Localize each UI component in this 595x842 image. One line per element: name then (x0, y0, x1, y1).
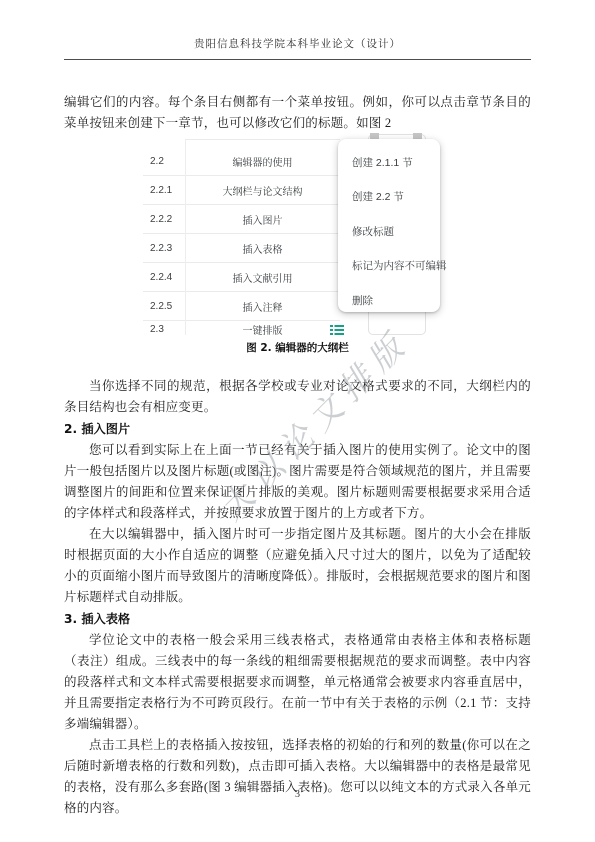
outline-row-number: 2.2 (143, 156, 185, 167)
outline-column-divider (185, 139, 186, 335)
page-header: 贵阳信息科技学院本科毕业论文（设计） (64, 36, 531, 60)
outline-row-number: 2.2.1 (143, 185, 185, 196)
format-list-icon (330, 322, 344, 340)
outline-row: 2.2.1 大纲栏与论文结构 (143, 176, 340, 205)
outline-row: 2.2.2 插入图片 (143, 205, 340, 234)
outline-row-number: 2.2.3 (143, 243, 185, 254)
outline-row-number: 2.2.2 (143, 214, 185, 225)
context-menu-item: 创建 2.1.1 节 (338, 145, 440, 180)
outline-row: 2.2.3 插入表格 (143, 234, 340, 263)
section-heading-insert-image: 2. 插入图片 (64, 419, 531, 440)
figure-outline-screenshot: 2.2 编辑器的使用 2.2.1 大纲栏与论文结构 2.2.2 插入图片 (64, 134, 531, 338)
context-menu-item: 修改标题 (338, 214, 440, 249)
outline-row-title: 插入注释 (185, 299, 340, 314)
outline-row: 2.2.4 插入文献引用 (143, 263, 340, 292)
outline-top-divider (186, 139, 340, 140)
outline-row-number: 2.2.4 (143, 272, 185, 283)
context-menu: 创建 2.1.1 节 创建 2.2 节 修改标题 标记为内容不可编辑 删除 (338, 139, 440, 312)
outline-row-number: 2.3 (143, 324, 185, 335)
document-page: 贵阳信息科技学院本科毕业论文（设计） 编辑它们的内容。每个条目右侧都有一个菜单按… (0, 0, 595, 842)
outline-row-title: 插入表格 (185, 241, 340, 256)
paragraph: 您可以看到实际上在上面一节已经有关于插入图片的使用实例了。论文中的图片一般包括图… (64, 440, 531, 524)
outline-row-title: 插入图片 (185, 212, 340, 227)
outline-row: 2.2 编辑器的使用 (143, 147, 340, 176)
paragraph: 当你选择不同的规范，根据各学校或专业对论文格式要求的不同，大纲栏内的条目结构也会… (64, 376, 531, 418)
outline-row: 2.2.5 插入注释 (143, 292, 340, 321)
outline-row: 2.3 一键排版 (143, 321, 340, 338)
outline-list: 2.2 编辑器的使用 2.2.1 大纲栏与论文结构 2.2.2 插入图片 (143, 147, 340, 338)
outline-row-title: 编辑器的使用 (185, 154, 340, 169)
page-number: 3 (0, 789, 595, 800)
context-menu-item: 标记为内容不可编辑 (338, 249, 440, 284)
context-menu-item: 创建 2.2 节 (338, 180, 440, 215)
figure-caption: 图 2. 编辑器的大纲栏 (64, 341, 531, 356)
outline-row-title: 插入文献引用 (185, 270, 340, 285)
outline-row-title: 大纲栏与论文结构 (185, 183, 340, 198)
paragraph: 编辑它们的内容。每个条目右侧都有一个菜单按钮。例如，你可以点击章节条目的菜单按钮… (64, 92, 531, 134)
header-title: 贵阳信息科技学院本科毕业论文（设计） (194, 39, 401, 50)
paragraph: 在大以编辑器中，插入图片时可一步指定图片及其标题。图片的大小会在排版时根据页面的… (64, 524, 531, 608)
section-heading-insert-table: 3. 插入表格 (64, 609, 531, 630)
context-menu-item: 删除 (338, 283, 440, 318)
paragraph: 点击工具栏上的表格插入按按钮，选择表格的初始的行和列的数量(你可以在之后随时新增… (64, 735, 531, 819)
page-content: 编辑它们的内容。每个条目右侧都有一个菜单按钮。例如，你可以点击章节条目的菜单按钮… (64, 92, 531, 819)
outline-row-number: 2.2.5 (143, 301, 185, 312)
outline-row-title: 一键排版 (185, 322, 340, 337)
paragraph: 学位论文中的表格一般会采用三线表格式，表格通常由表格主体和表格标题（表注）组成。… (64, 630, 531, 735)
